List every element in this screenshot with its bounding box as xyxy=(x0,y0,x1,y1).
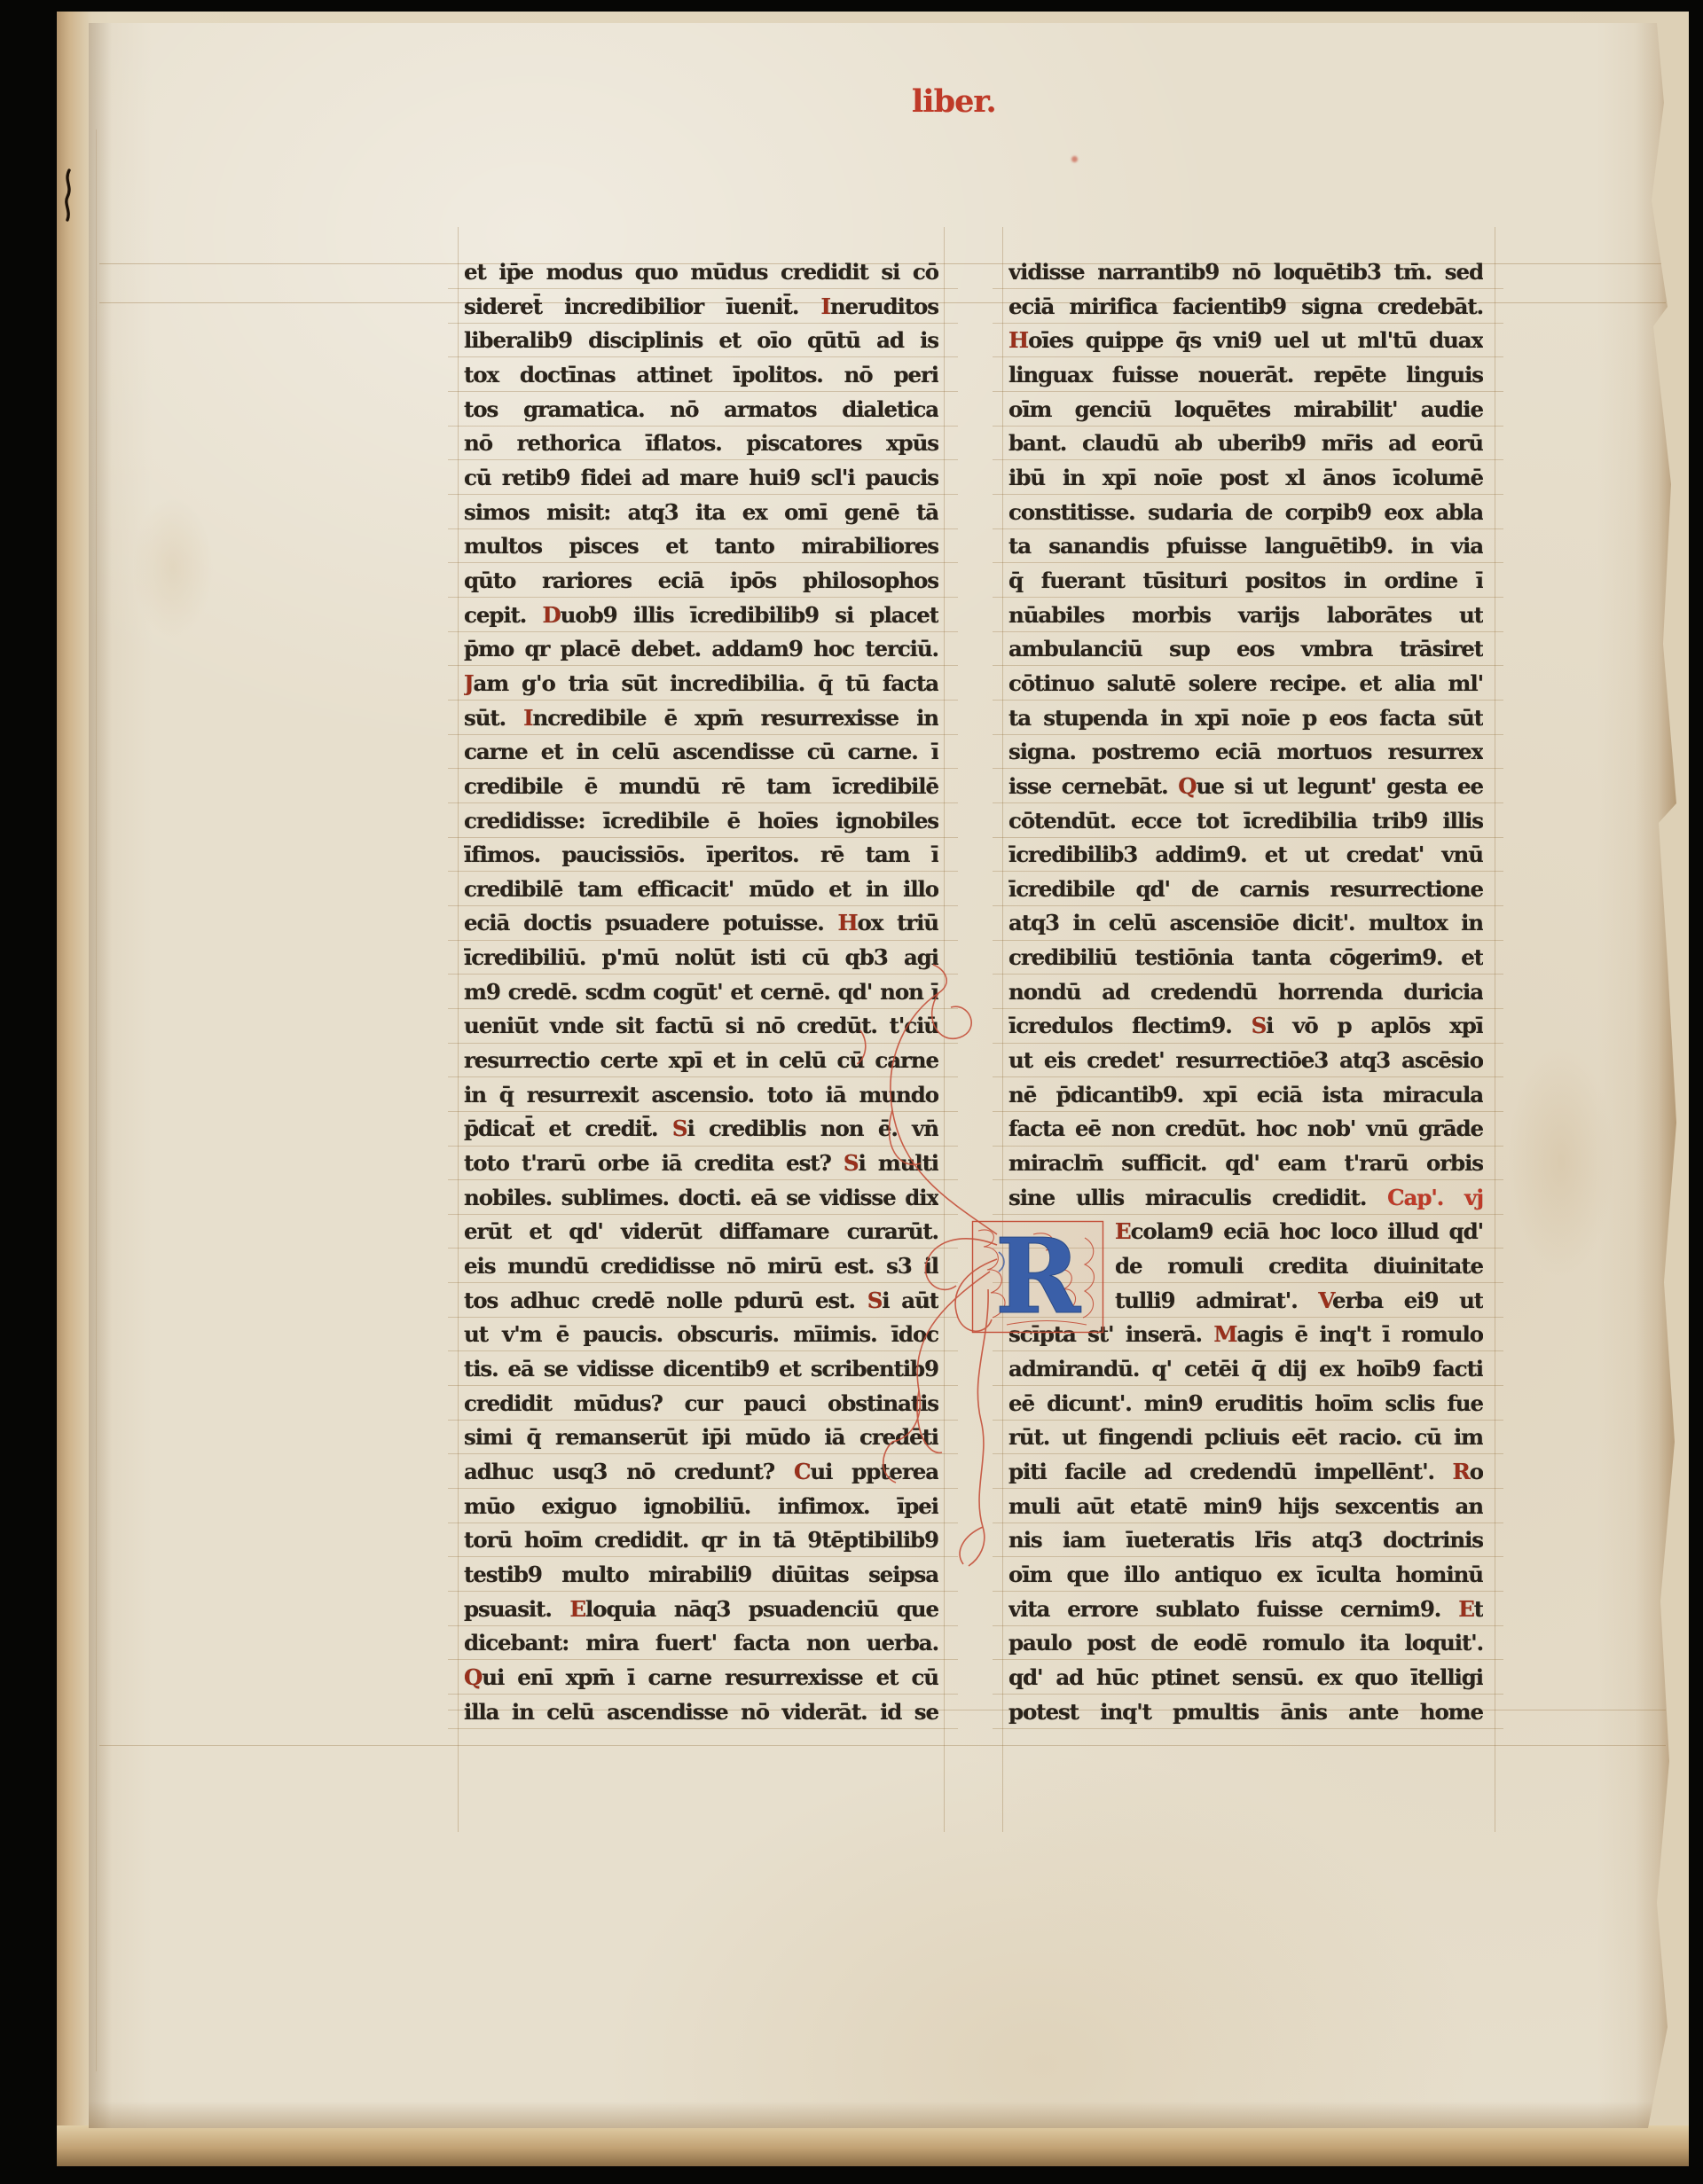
text-segment: credibile ē mundū rē tam īcredibilē xyxy=(464,773,938,799)
text-line: ta sanandis pfuisse languētib9. in via xyxy=(1008,529,1483,564)
text-segment: ox triū xyxy=(858,910,938,935)
text-segment: piti facile ad credendū impellēnt'. xyxy=(1008,1459,1452,1484)
bottom-edge-shade xyxy=(89,2102,1676,2128)
text-segment: ui enī xpm̄ ī carne resurrexisse et cū xyxy=(482,1664,938,1690)
text-line: credibiliū testiōnia tanta cōgerim9. et xyxy=(1008,941,1483,975)
rubricated-capital: E xyxy=(1115,1218,1131,1244)
text-segment: adhuc usq3 nō credunt? xyxy=(464,1459,794,1484)
text-segment: et ip̄e modus quo mūdus credidit si cō xyxy=(464,259,938,285)
text-segment: carne et in celū ascendisse cū carne. ī xyxy=(464,739,938,764)
rubricated-capital: V xyxy=(1318,1288,1332,1313)
rubric-text: Cap'. vj xyxy=(1387,1185,1483,1210)
text-segment: ta sanandis pfuisse languētib9. in via xyxy=(1008,533,1483,559)
text-line: potest inq't pmultis ānis ante home xyxy=(1008,1695,1483,1730)
text-line: nē p̄dicantib9. xpī eciā ista miracula xyxy=(1008,1078,1483,1113)
text-column-right: vidisse narrantib9 nō loquētib3 tm̄. sed… xyxy=(1008,255,1483,1729)
text-segment: tulli9 admirat'. xyxy=(1115,1288,1318,1313)
text-line: īcredulos flectim9. Si vō p aplōs xpī xyxy=(1008,1009,1483,1044)
text-line: eciā mirifica facientib9 signa credebāt. xyxy=(1008,290,1483,325)
text-segment: ut eis credet' resurrectiōe3 atq3 ascēsi… xyxy=(1008,1047,1483,1073)
text-line: miraclm̄ sufficit. qd' eam t'rarū orbis xyxy=(1008,1147,1483,1181)
text-segment: cōtendūt. ecce tot īcredibilia trib9 ill… xyxy=(1008,808,1483,834)
rubricated-capital: H xyxy=(837,910,857,935)
text-line: nis iam īueteratis lr̄is atq3 doctrinis xyxy=(1008,1523,1483,1558)
rubricated-capital: I xyxy=(821,294,830,319)
text-segment: ibū in xpī noīe post xl ānos īcolumē xyxy=(1008,465,1483,490)
text-line: tox doctīnas attinet īpolitos. nō peri xyxy=(464,358,938,393)
text-line: cepit. Duob9 illis īcredibilib9 si place… xyxy=(464,599,938,633)
text-segment: agis ē inq't ī romulo xyxy=(1236,1321,1483,1347)
text-line: signa. postremo eciā mortuos resurrex xyxy=(1008,735,1483,770)
text-segment: sideret̄ incredibilior īuenit̄. xyxy=(464,294,821,319)
text-line: qd' ad hūc ptinet sensū. ex quo ītelligi xyxy=(1008,1661,1483,1695)
text-line: atq3 in celū ascensiōe dicit'. multox in xyxy=(1008,906,1483,941)
text-segment: cepit. xyxy=(464,602,543,628)
rubricated-capital: E xyxy=(1458,1596,1474,1622)
text-line: cū retib9 fidei ad mare hui9 scl'i pauci… xyxy=(464,461,938,496)
text-segment: muli aūt etatē min9 hijs sexcentis an xyxy=(1008,1493,1483,1519)
text-segment: eciā mirifica facientib9 signa credebāt. xyxy=(1008,294,1483,319)
text-line: multos pisces et tanto mirabiliores xyxy=(464,529,938,564)
ruled-line-vertical xyxy=(1495,227,1495,1832)
text-segment: simos misit: atq3 ita ex omī genē tā xyxy=(464,499,938,525)
text-segment: bant. claudū ab uberib9 mr̄is ad eorū xyxy=(1008,430,1483,456)
rubricated-capital: M xyxy=(1213,1321,1236,1347)
text-segment: credidisse: īcredibile ē hoīes ignobiles xyxy=(464,808,938,834)
text-line: isse cernebāt. Que si ut legunt' gesta e… xyxy=(1008,770,1483,804)
text-line: credibile ē mundū rē tam īcredibilē xyxy=(464,770,938,804)
text-segment: o xyxy=(1470,1459,1483,1484)
text-segment: tos gramatica. nō armatos dialetica xyxy=(464,396,938,422)
text-segment: signa. postremo eciā mortuos resurrex xyxy=(1008,739,1483,764)
text-segment: t xyxy=(1474,1596,1483,1622)
text-segment: cōtinuo salutē solere recipe. et alia ml… xyxy=(1008,670,1483,696)
text-line: piti facile ad credendū impellēnt'. Ro xyxy=(1008,1455,1483,1490)
ruled-line xyxy=(99,1745,1666,1746)
text-segment: paulo post de eodē romulo ita loquit'. xyxy=(1008,1630,1483,1656)
text-segment: am g'o tria sūt incredibilia. q̄ tū fact… xyxy=(474,670,939,696)
text-segment: credibilē tam efficacit' mūdo et in illo xyxy=(464,876,938,902)
rubricated-capital: I xyxy=(523,705,532,731)
rubricated-capital: S xyxy=(672,1115,687,1141)
text-segment: erba ei9 ut xyxy=(1332,1288,1483,1313)
rubricated-capital: Q xyxy=(1178,773,1196,799)
text-line: ambulanciū sup eos vmbra trāsiret xyxy=(1008,632,1483,667)
manuscript-page: liber. et ip̄e modus quo mūdus credidit … xyxy=(89,23,1676,2128)
rubricated-capital: H xyxy=(1008,327,1028,353)
parchment-stain xyxy=(1508,1046,1614,1277)
ruled-line-vertical xyxy=(96,129,97,2071)
text-segment: dicebant: mira fuert' facta non uerba. xyxy=(464,1630,938,1656)
text-line: sine ullis miraculis credidit. Cap'. vj xyxy=(1008,1181,1483,1216)
text-segment: oīm que illo antiquo ex īculta hominū xyxy=(1008,1562,1483,1587)
text-line: dicebant: mira fuert' facta non uerba. xyxy=(464,1626,938,1661)
text-line: rūt. ut fingendi pcliuis eēt racio. cū i… xyxy=(1008,1421,1483,1455)
text-line: tos gramatica. nō armatos dialetica xyxy=(464,393,938,427)
text-segment: linguax fuisse nouerāt. repēte linguis xyxy=(1008,362,1483,387)
text-segment: i vō p aplōs xpī xyxy=(1266,1013,1483,1038)
text-line: vita errore sublato fuisse cernim9. Et xyxy=(1008,1593,1483,1627)
text-segment: p̄dicat̄ et credit̄. xyxy=(464,1115,672,1141)
text-segment: uob9 illis īcredibilib9 si placet xyxy=(561,602,938,628)
text-segment: eē dicunt'. min9 eruditis hoīm sclis fue xyxy=(1008,1390,1483,1416)
text-segment: ambulanciū sup eos vmbra trāsiret xyxy=(1008,636,1483,661)
text-segment: cū retib9 fidei ad mare hui9 scl'i pauci… xyxy=(464,465,938,490)
text-line: oīm genciū loquētes mirabilit' audie xyxy=(1008,393,1483,427)
rubricated-capital: D xyxy=(543,602,561,628)
text-line: p̄mo qr placē debet. addam9 hoc terciū. xyxy=(464,632,938,667)
text-line: facta eē non credūt. hoc nob' vnū grāde xyxy=(1008,1112,1483,1147)
text-segment: nō rethorica īflatos. piscatores xpūs xyxy=(464,430,938,456)
text-segment: ta stupenda in xpī noīe p eos facta sūt xyxy=(1008,705,1483,731)
text-line: credidisse: īcredibile ē hoīes ignobiles xyxy=(464,804,938,839)
text-segment: nondū ad credendū horrenda duricia xyxy=(1008,979,1483,1005)
text-segment: īfimos. paucissiōs. īperitos. rē tam ī xyxy=(464,842,938,867)
text-segment: ncredibile ē xpm̄ resurrexisse in xyxy=(533,705,938,731)
text-segment: vidisse narrantib9 nō loquētib3 tm̄. sed xyxy=(1008,259,1483,285)
text-line: nondū ad credendū horrenda duricia xyxy=(1008,975,1483,1010)
text-segment: nis iam īueteratis lr̄is atq3 doctrinis xyxy=(1008,1527,1483,1553)
rubricated-capital: E xyxy=(569,1596,585,1622)
text-segment: credibiliū testiōnia tanta cōgerim9. et xyxy=(1008,944,1483,970)
text-line: nūabiles morbis varijs laborātes ut xyxy=(1008,599,1483,633)
text-segment: rūt. ut fingendi pcliuis eēt racio. cū i… xyxy=(1008,1424,1483,1450)
text-line: et ip̄e modus quo mūdus credidit si cō xyxy=(464,255,938,290)
text-line: eciā doctis psuadere potuisse. Hox triū xyxy=(464,906,938,941)
initial-letter: R xyxy=(995,1220,1082,1334)
text-segment: sine ullis miraculis credidit. xyxy=(1008,1185,1387,1210)
text-segment: sūt. xyxy=(464,705,523,731)
red-ink-speck xyxy=(1071,156,1078,162)
text-segment: īcredibilib3 addim9. et ut credat' vnū xyxy=(1008,842,1483,867)
rubricated-capital: S xyxy=(844,1150,859,1176)
text-line: simos misit: atq3 ita ex omī genē tā xyxy=(464,496,938,530)
text-line: īfimos. paucissiōs. īperitos. rē tam ī xyxy=(464,838,938,873)
rubricated-capital: Q xyxy=(464,1664,482,1690)
text-segment: admirandū. q' cetēi q̄ dij ex hoīb9 fact… xyxy=(1008,1356,1483,1382)
text-line: psuasit. Eloquia nāq3 psuadenciū que xyxy=(464,1593,938,1627)
text-line: bant. claudū ab uberib9 mr̄is ad eorū xyxy=(1008,427,1483,461)
text-segment: psuasit. xyxy=(464,1596,569,1622)
rubricated-capital: S xyxy=(1252,1013,1267,1038)
text-segment: isse cernebāt. xyxy=(1008,773,1178,799)
text-line: īcredibile qd' de carnis resurrectione xyxy=(1008,873,1483,907)
text-line: illa in celū ascendisse nō viderāt. id s… xyxy=(464,1695,938,1730)
manuscript-photo: liber. et ip̄e modus quo mūdus credidit … xyxy=(0,0,1703,2184)
illuminated-initial-R: R xyxy=(971,1220,1104,1334)
text-segment: eciā doctis psuadere potuisse. xyxy=(464,910,837,935)
running-title: liber. xyxy=(912,83,1018,120)
text-segment: facta eē non credūt. hoc nob' vnū grāde xyxy=(1008,1115,1483,1141)
text-line: liberalib9 disciplinis et oīo qūtū ad is xyxy=(464,324,938,358)
text-line: sideret̄ incredibilior īuenit̄. Inerudit… xyxy=(464,290,938,325)
text-segment: tox doctīnas attinet īpolitos. nō peri xyxy=(464,362,938,387)
text-segment: multos pisces et tanto mirabiliores xyxy=(464,533,938,559)
text-line: Jam g'o tria sūt incredibilia. q̄ tū fac… xyxy=(464,667,938,701)
gutter-shade xyxy=(89,23,112,2128)
text-segment: vita errore sublato fuisse cernim9. xyxy=(1008,1596,1458,1622)
text-segment: liberalib9 disciplinis et oīo qūtū ad is xyxy=(464,327,938,353)
text-segment: nūabiles morbis varijs laborātes ut xyxy=(1008,602,1483,628)
text-line: admirandū. q' cetēi q̄ dij ex hoīb9 fact… xyxy=(1008,1352,1483,1387)
text-line: Qui enī xpm̄ ī carne resurrexisse et cū xyxy=(464,1661,938,1695)
text-line: cōtinuo salutē solere recipe. et alia ml… xyxy=(1008,667,1483,701)
text-segment: ue si ut legunt' gesta ee xyxy=(1197,773,1483,799)
text-segment: toto t'rarū orbe iā credita est? xyxy=(464,1150,844,1176)
text-line: oīm que illo antiquo ex īculta hominū xyxy=(1008,1558,1483,1593)
rubricated-capital: J xyxy=(464,670,474,696)
text-line: credibilē tam efficacit' mūdo et in illo xyxy=(464,873,938,907)
text-line: eē dicunt'. min9 eruditis hoīm sclis fue xyxy=(1008,1387,1483,1421)
text-segment: īcredulos flectim9. xyxy=(1008,1013,1252,1038)
text-line: nō rethorica īflatos. piscatores xpūs xyxy=(464,427,938,461)
text-segment: neruditos xyxy=(830,294,938,319)
rubricated-capital: C xyxy=(794,1459,810,1484)
text-line: q̄ fuerant tūsituri positos in ordine ī xyxy=(1008,564,1483,599)
edge-ink-mark xyxy=(59,168,78,222)
text-line: Hoīes quippe q̄s vni9 uel ut ml'tū duax xyxy=(1008,324,1483,358)
text-line: carne et in celū ascendisse cū carne. ī xyxy=(464,735,938,770)
text-line: sūt. Incredibile ē xpm̄ resurrexisse in xyxy=(464,701,938,736)
text-line: ut eis credet' resurrectiōe3 atq3 ascēsi… xyxy=(1008,1044,1483,1078)
text-line: īcredibilib3 addim9. et ut credat' vnū xyxy=(1008,838,1483,873)
text-segment: loquia nāq3 psuadenciū que xyxy=(585,1596,938,1622)
text-segment: oīes quippe q̄s vni9 uel ut ml'tū duax xyxy=(1028,327,1483,353)
text-segment: potest inq't pmultis ānis ante home xyxy=(1008,1699,1483,1725)
text-line: paulo post de eodē romulo ita loquit'. xyxy=(1008,1626,1483,1661)
text-line: linguax fuisse nouerāt. repēte linguis xyxy=(1008,358,1483,393)
text-line: ibū in xpī noīe post xl ānos īcolumē xyxy=(1008,461,1483,496)
text-segment: qūto rariores eciā ipōs philosophos xyxy=(464,568,938,593)
text-segment: qd' ad hūc ptinet sensū. ex quo ītelligi xyxy=(1008,1664,1483,1690)
text-segment: atq3 in celū ascensiōe dicit'. multox in xyxy=(1008,910,1483,935)
text-segment: oīm genciū loquētes mirabilit' audie xyxy=(1008,396,1483,422)
text-line: muli aūt etatē min9 hijs sexcentis an xyxy=(1008,1490,1483,1524)
text-segment: miraclm̄ sufficit. qd' eam t'rarū orbis xyxy=(1008,1150,1483,1176)
text-segment: nē p̄dicantib9. xpī eciā ista miracula xyxy=(1008,1082,1483,1108)
text-segment: p̄mo qr placē debet. addam9 hoc terciū. xyxy=(464,636,938,661)
text-line: constitisse. sudaria de corpib9 eox abla xyxy=(1008,496,1483,530)
ruled-line-vertical xyxy=(458,227,459,1832)
text-line: ta stupenda in xpī noīe p eos facta sūt xyxy=(1008,701,1483,736)
text-line: vidisse narrantib9 nō loquētib3 tm̄. sed xyxy=(1008,255,1483,290)
text-segment: de romuli credita diuinitate xyxy=(1115,1253,1483,1279)
text-line: cōtendūt. ecce tot īcredibilia trib9 ill… xyxy=(1008,804,1483,839)
text-segment: īcredibile qd' de carnis resurrectione xyxy=(1008,876,1483,902)
initial-R-icon: R xyxy=(971,1220,1104,1334)
rubricated-capital: R xyxy=(1452,1459,1469,1484)
text-segment: colam9 eciā hoc loco illud qd' xyxy=(1131,1218,1483,1244)
text-line: qūto rariores eciā ipōs philosophos xyxy=(464,564,938,599)
text-segment: constitisse. sudaria de corpib9 eox abla xyxy=(1008,499,1483,525)
text-segment: q̄ fuerant tūsituri positos in ordine ī xyxy=(1008,568,1483,593)
text-segment: tos adhuc credē nolle pdurū est. xyxy=(464,1288,867,1313)
text-segment: illa in celū ascendisse nō viderāt. id s… xyxy=(464,1699,938,1725)
parchment-stain xyxy=(133,497,213,638)
